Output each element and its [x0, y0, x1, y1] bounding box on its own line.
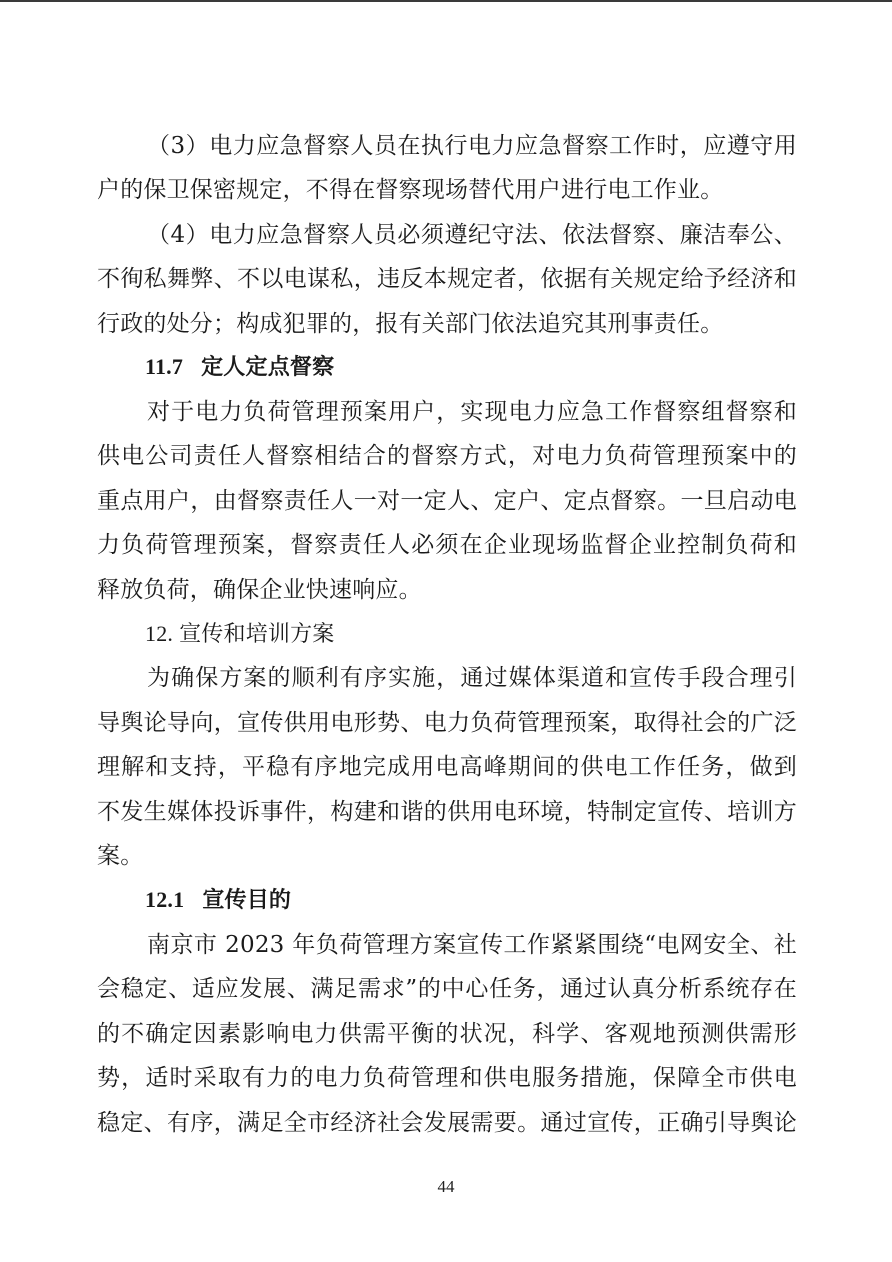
section-heading-12-1: 12.1宣传目的 [145, 878, 291, 922]
paragraph-line: 对于电力负荷管理预案用户，实现电力应急工作督察组督察和 [147, 390, 797, 434]
section-title: 宣传和培训方案 [179, 622, 334, 647]
section-number: 11.7 [145, 345, 183, 389]
paragraph-line: 南京市 2023 年负荷管理方案宣传工作紧紧围绕“电网安全、社 [147, 923, 797, 967]
section-heading-11-7: 11.7定人定点督察 [145, 345, 334, 389]
paragraph-line: 不徇私舞弊、不以电谋私，违反本规定者，依据有关规定给予经济和 [97, 257, 797, 301]
paragraph-line: （4）电力应急督察人员必须遵纪守法、依法督察、廉洁奉公、 [147, 213, 797, 257]
paragraph-line: 稳定、有序，满足全市经济社会发展需要。通过宣传，正确引导舆论 [97, 1101, 797, 1145]
top-border-rule [0, 0, 892, 2]
paragraph-line: 导舆论导向，宣传供用电形势、电力负荷管理预案，取得社会的广泛 [97, 701, 797, 745]
paragraph-line: 释放负荷，确保企业快速响应。 [97, 568, 422, 612]
paragraph-line: 户的保卫保密规定，不得在督察现场替代用户进行电工作业。 [97, 168, 723, 212]
paragraph-line: 会稳定、适应发展、满足需求”的中心任务，通过认真分析系统存在 [97, 967, 797, 1011]
paragraph-line: 势，适时采取有力的电力负荷管理和供电服务措施，保障全市供电 [97, 1056, 797, 1100]
page-number: 44 [0, 1177, 892, 1197]
section-number: 12.1 [145, 878, 184, 922]
paragraph-line: （3）电力应急督察人员在执行电力应急督察工作时，应遵守用 [147, 124, 797, 168]
paragraph-line: 力负荷管理预案，督察责任人必须在企业现场监督企业控制负荷和 [97, 523, 797, 567]
paragraph-line: 行政的处分；构成犯罪的，报有关部门依法追究其刑事责任。 [97, 302, 723, 346]
section-title: 定人定点督察 [201, 355, 334, 380]
section-title: 宣传目的 [202, 888, 291, 913]
paragraph-line: 理解和支持，平稳有序地完成用电高峰期间的供电工作任务，做到 [97, 745, 797, 789]
section-heading-12: 12.宣传和培训方案 [145, 612, 335, 656]
section-number: 12. [145, 612, 173, 656]
paragraph-line: 不发生媒体投诉事件，构建和谐的供用电环境，特制定宣传、培训方 [97, 790, 797, 834]
paragraph-line: 为确保方案的顺利有序实施，通过媒体渠道和宣传手段合理引 [147, 656, 797, 700]
paragraph-line: 重点用户，由督察责任人一对一定人、定户、定点督察。一旦启动电 [97, 479, 797, 523]
paragraph-line: 供电公司责任人督察相结合的督察方式，对电力负荷管理预案中的 [97, 434, 797, 478]
paragraph-line: 的不确定因素影响电力供需平衡的状况，科学、客观地预测供需形 [97, 1012, 797, 1056]
paragraph-line: 案。 [97, 834, 143, 878]
